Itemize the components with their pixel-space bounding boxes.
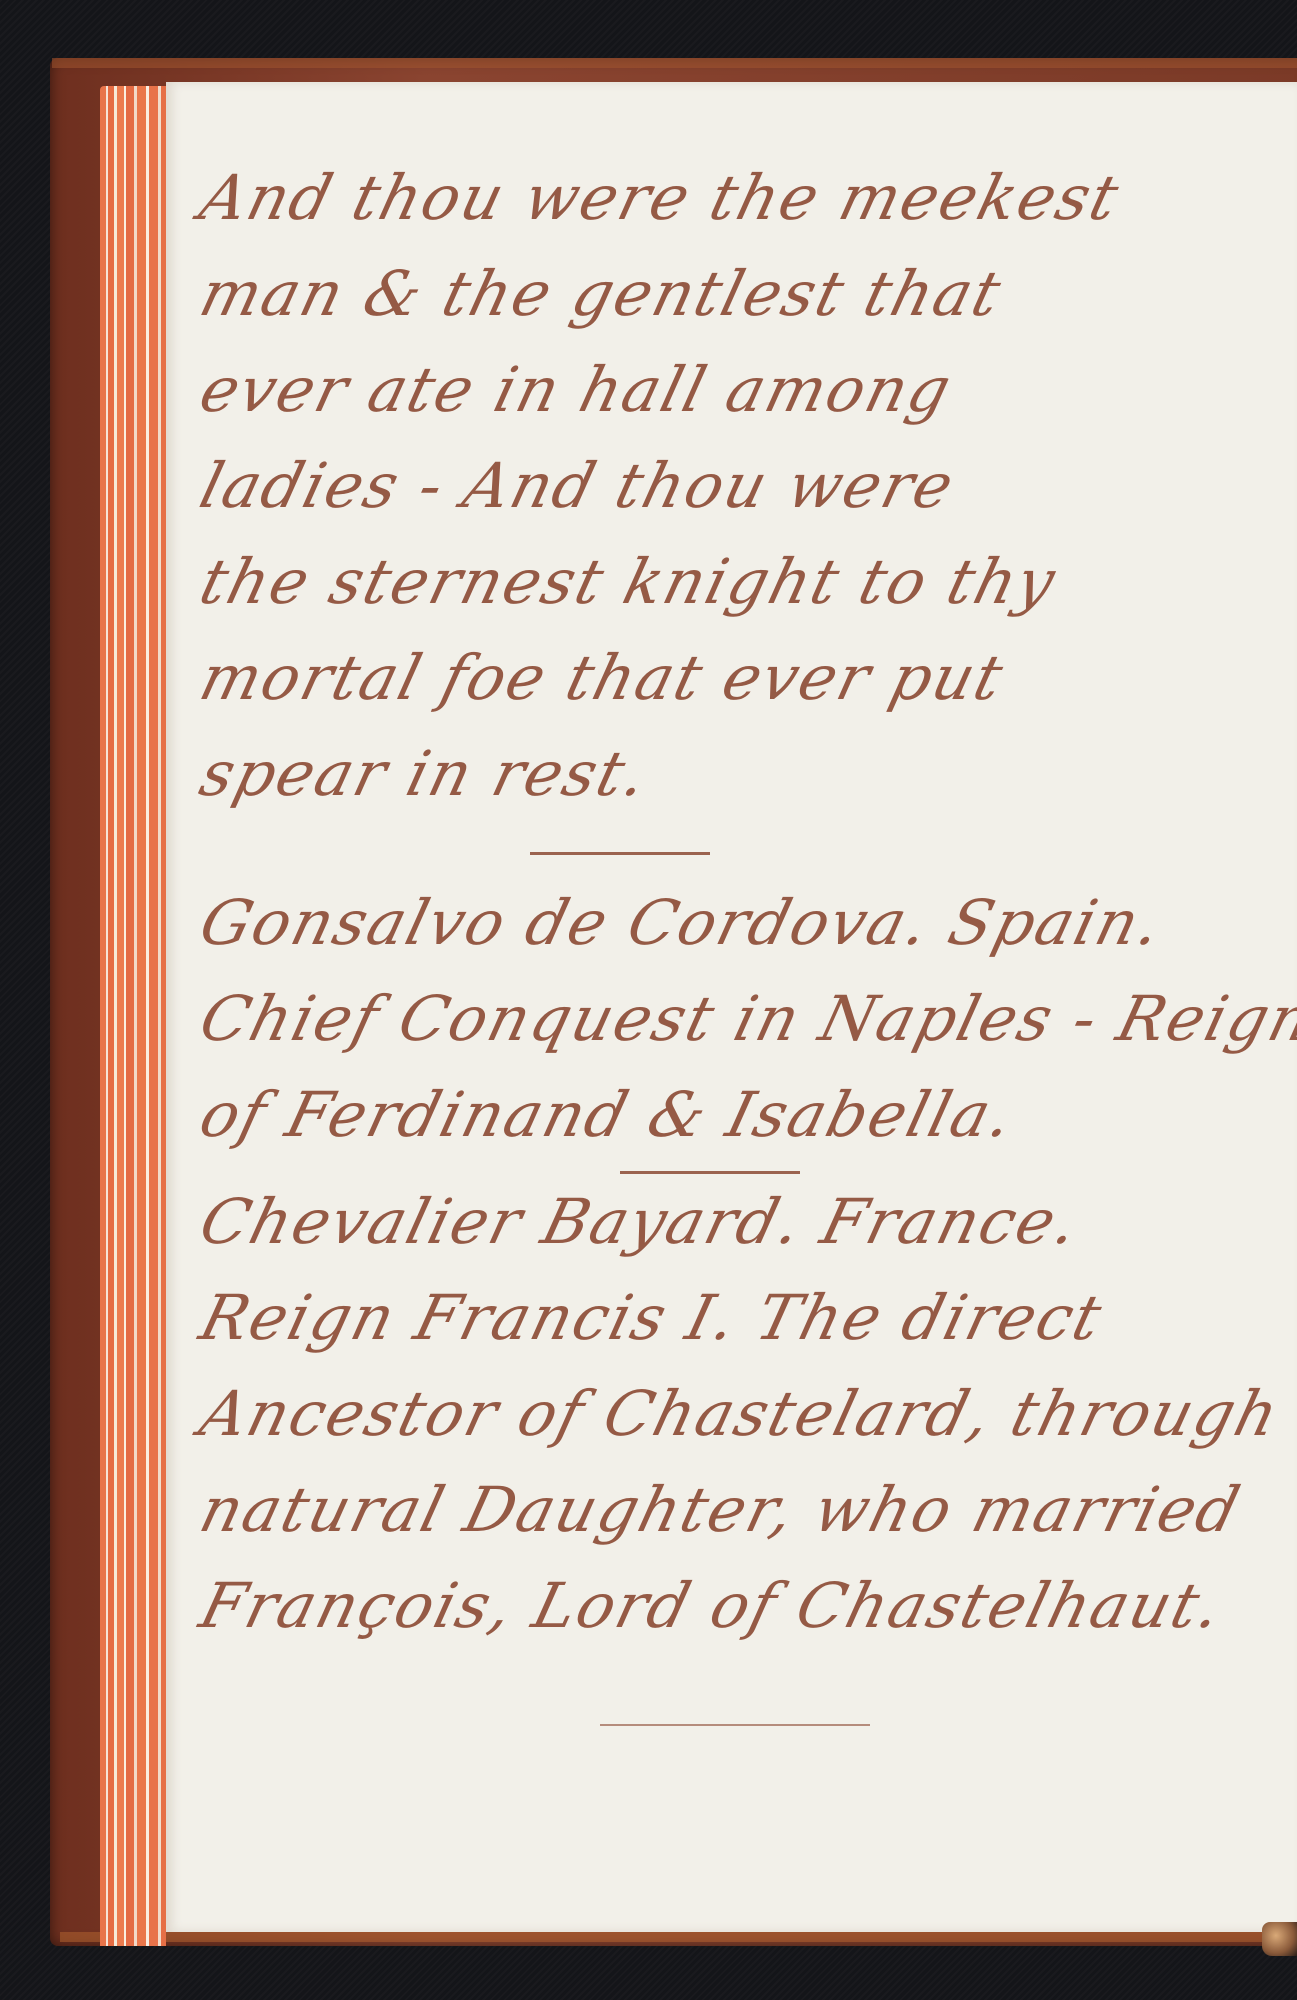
text-line: Chevalier Bayard. France.	[190, 1174, 1294, 1270]
divider-line	[600, 1724, 870, 1726]
text-line: the sternest knight to thy	[190, 534, 1294, 630]
passage-bayard: Chevalier Bayard. France. Reign Francis …	[190, 1174, 1270, 1654]
cover-bottom-edge	[60, 1932, 1297, 1942]
divider-line	[530, 852, 710, 855]
handwritten-text: And thou were the meekest man & the gent…	[190, 150, 1270, 1726]
text-line: spear in rest.	[190, 726, 1294, 822]
text-line: François, Lord of Chastelhaut.	[190, 1558, 1294, 1654]
text-line: ever ate in hall among	[190, 342, 1294, 438]
text-line: of Ferdinand & Isabella.	[190, 1067, 1294, 1163]
text-line: And thou were the meekest	[190, 150, 1294, 246]
passage-gonsalvo: Gonsalvo de Cordova. Spain. Chief Conque…	[190, 875, 1270, 1163]
text-line: Chief Conquest in Naples - Reign	[190, 971, 1294, 1067]
text-line: Gonsalvo de Cordova. Spain.	[190, 875, 1294, 971]
cover-top-edge	[52, 58, 1297, 68]
metal-clasp	[1262, 1922, 1297, 1956]
page-fore-edge	[100, 86, 166, 1946]
passage-knight-lament: And thou were the meekest man & the gent…	[190, 150, 1270, 822]
text-line: ladies - And thou were	[190, 438, 1294, 534]
text-line: Reign Francis I. The direct	[190, 1270, 1294, 1366]
text-line: Ancestor of Chastelard, through	[190, 1366, 1294, 1462]
text-line: mortal foe that ever put	[190, 630, 1294, 726]
text-line: man & the gentlest that	[190, 246, 1294, 342]
text-line: natural Daughter, who married	[190, 1462, 1294, 1558]
